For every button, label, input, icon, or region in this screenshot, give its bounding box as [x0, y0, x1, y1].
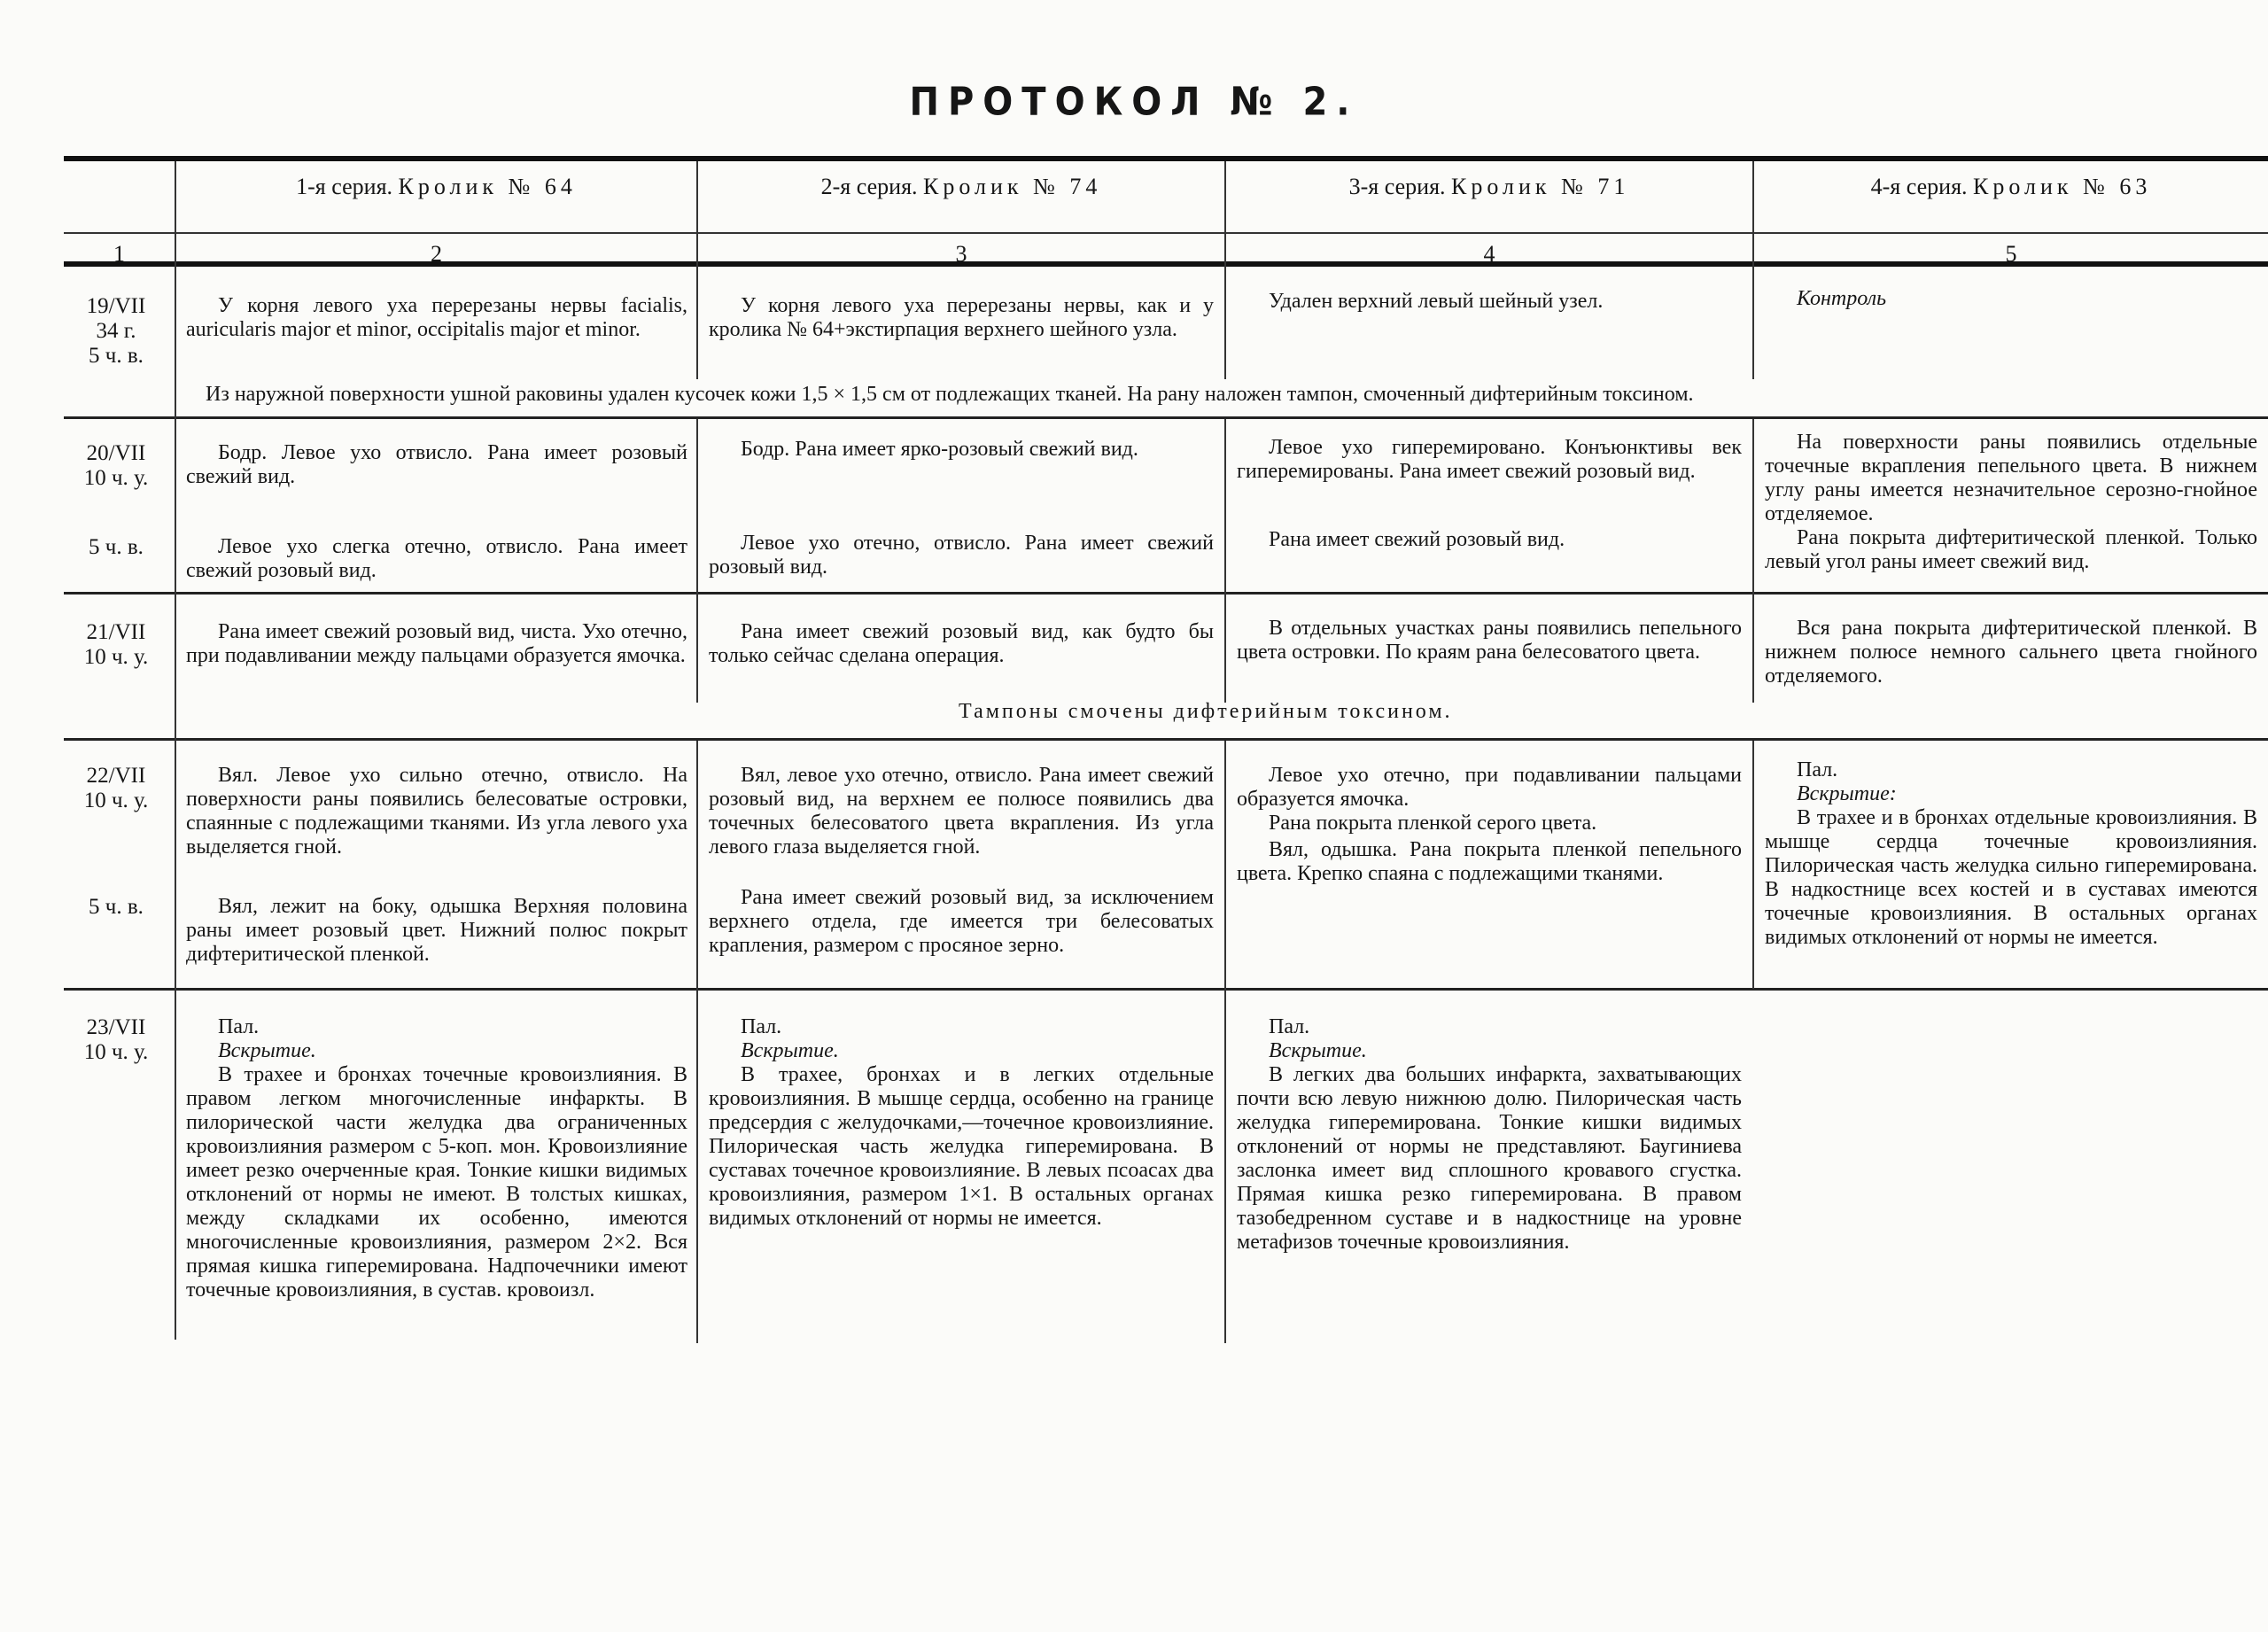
series-label: 1-я серия.: [296, 174, 392, 199]
autopsy-heading: Вскрытие.: [709, 1039, 1214, 1063]
cell-text: Удален верхний левый шейный узел.: [1237, 290, 1742, 314]
cell-text: Вял, одышка. Рана покрыта пленкой пепель…: [1237, 838, 1742, 886]
series-label: 3-я серия.: [1349, 174, 1446, 199]
table-cell: Рана имеет свежий розовый вид.: [1237, 528, 1742, 552]
series-label: 4-я серия.: [1871, 174, 1968, 199]
series-label: 2-я серия.: [821, 174, 918, 199]
table-cell: Левое ухо гиперемировано. Конъюнктивы ве…: [1237, 436, 1742, 484]
date-line: 5 ч. в.: [58, 344, 174, 369]
spanning-note: Из наружной поверхности ушной раковины у…: [206, 383, 1694, 407]
table-cell: Вял, левое ухо отечно, отвисло. Рана име…: [709, 764, 1214, 859]
death-note: Пал.: [1765, 758, 2257, 782]
column-number: 4: [1226, 241, 1752, 268]
table-cell: У корня левого уха перерезаны нервы, как…: [709, 294, 1214, 342]
cell-text: Рана покрыта дифтеритической пленкой. То…: [1765, 526, 2257, 574]
spanning-note: Тампоны смочены дифтерийным токсином.: [959, 700, 1453, 724]
table-cell: Пал. Вскрытие. В трахее, бронхах и в лег…: [709, 1015, 1214, 1231]
cell-text: Рана имеет свежий розовый вид, чиста. Ух…: [186, 620, 687, 668]
table-cell: Рана имеет свежий розовый вид, чиста. Ух…: [186, 620, 687, 668]
date-line: 21/VII: [58, 620, 174, 645]
date-line: 10 ч. у.: [58, 789, 174, 813]
animal-label: Кролик № 74: [923, 174, 1101, 199]
animal-label: Кролик № 63: [1973, 174, 2151, 199]
cell-text: У корня левого уха перерезаны нервы faci…: [186, 294, 687, 342]
col-divider-4c: [1752, 741, 1754, 989]
col-divider-3b: [1224, 419, 1226, 703]
cell-text: Бодр. Левое ухо отвисло. Рана имеет розо…: [186, 441, 687, 489]
cell-text: В трахее, бронхах и в легких отдельные к…: [709, 1063, 1214, 1231]
cell-text: Бодр. Рана имеет ярко-розовый свежий вид…: [709, 438, 1214, 462]
table-cell: У корня левого уха перерезаны нервы faci…: [186, 294, 687, 342]
cell-text: В отдельных участках раны появились пепе…: [1237, 617, 1742, 664]
death-note: Пал.: [1237, 1015, 1742, 1039]
autopsy-heading: Вскрытие.: [1237, 1039, 1742, 1063]
table-cell: Пал. Вскрытие. В трахее и бронхах точечн…: [186, 1015, 687, 1302]
col-divider-2b: [696, 419, 698, 703]
row-time-evening: 5 ч. в.: [58, 895, 174, 920]
date-line: 22/VII: [58, 764, 174, 789]
cell-text: На поверхности раны появились отдельные …: [1765, 431, 2257, 526]
table-cell: Бодр. Рана имеет ярко-розовый свежий вид…: [709, 438, 1214, 462]
cell-text: В трахее и в бронхах отдельные кровоизли…: [1765, 806, 2257, 950]
column-number: 5: [1754, 241, 2268, 268]
table-cell: Вял, лежит на боку, одышка Верхняя полов…: [186, 895, 687, 967]
table-cell: Бодр. Левое ухо отвисло. Рана имеет розо…: [186, 441, 687, 489]
table-cell: Рана имеет свежий розовый вид, как будто…: [709, 620, 1214, 668]
table-cell: Удален верхний левый шейный узел.: [1237, 290, 1742, 314]
table-cell: Вял, одышка. Рана покрыта пленкой пепель…: [1237, 838, 1742, 886]
column-number: 3: [698, 241, 1224, 268]
table-cell: Пал. Вскрытие: В трахее и в бронхах отде…: [1765, 758, 2257, 950]
table-cell: На поверхности раны появились отдельные …: [1765, 431, 2257, 574]
col-divider-4b: [1752, 419, 1754, 703]
control-label: Контроль: [1765, 287, 2257, 311]
header-col4: 3-я серия. Кролик № 71: [1226, 174, 1752, 200]
date-line: 10 ч. у.: [58, 1040, 174, 1065]
cell-text: Левое ухо гиперемировано. Конъюнктивы ве…: [1237, 436, 1742, 484]
col-divider-2c: [696, 741, 698, 1343]
header-col3: 2-я серия. Кролик № 74: [698, 174, 1224, 200]
table-cell: Рана имеет свежий розовый вид, за исключ…: [709, 886, 1214, 958]
cell-text: Вял. Левое ухо сильно отечно, отвисло. Н…: [186, 764, 687, 859]
row-divider-4: [64, 988, 2268, 991]
header-col2: 1-я серия. Кролик № 64: [176, 174, 696, 200]
table-cell: Левое ухо отечно, отвисло. Рана имеет св…: [709, 532, 1214, 579]
column-number: 1: [64, 241, 175, 268]
date-line: 23/VII: [58, 1015, 174, 1040]
table-cell: В отдельных участках раны появились пепе…: [1237, 617, 1742, 664]
cell-text: В трахее и бронхах точечные кровоизлияни…: [186, 1063, 687, 1302]
cell-text: Вял, левое ухо отечно, отвисло. Рана име…: [709, 764, 1214, 859]
row-date: 21/VII 10 ч. у.: [58, 620, 174, 670]
cell-text: Рана покрыта пленкой серого цвета.: [1237, 812, 1742, 835]
cell-text: Вся рана покрыта дифтеритической пленкой…: [1765, 617, 2257, 688]
cell-text: У корня левого уха перерезаны нервы, как…: [709, 294, 1214, 342]
page-title: ПРОТОКОЛ № 2.: [0, 80, 2268, 125]
table-cell: Вся рана покрыта дифтеритической пленкой…: [1765, 617, 2257, 688]
animal-label: Кролик № 71: [1451, 174, 1629, 199]
cell-text: Вял, лежит на боку, одышка Верхняя полов…: [186, 895, 687, 967]
cell-text: Левое ухо отечно, при подавливании пальц…: [1237, 764, 1742, 812]
row-date: 20/VII 10 ч. у.: [58, 441, 174, 491]
date-line: 19/VII: [58, 294, 174, 319]
cell-text: В легких два больших инфаркта, захватыва…: [1237, 1063, 1742, 1255]
cell-text: Левое ухо отечно, отвисло. Рана имеет св…: [709, 532, 1214, 579]
row-divider-3: [64, 738, 2268, 741]
cell-text: Рана имеет свежий розовый вид.: [1237, 528, 1742, 552]
col-divider-1: [175, 161, 176, 1340]
cell-text: Рана имеет свежий розовый вид, как будто…: [709, 620, 1214, 668]
date-line: 10 ч. у.: [58, 466, 174, 491]
table-cell: Пал. Вскрытие. В легких два больших инфа…: [1237, 1015, 1742, 1255]
date-line: 34 г.: [58, 319, 174, 344]
row-divider-1: [64, 416, 2268, 419]
table-cell: Левое ухо отечно, при подавливании пальц…: [1237, 764, 1742, 835]
col-divider-3c: [1224, 741, 1226, 1343]
cell-text: Рана имеет свежий розовый вид, за исключ…: [709, 886, 1214, 958]
row-date: 23/VII 10 ч. у.: [58, 1015, 174, 1065]
death-note: Пал.: [709, 1015, 1214, 1039]
autopsy-heading: Вскрытие:: [1765, 782, 2257, 806]
table-cell: Левое ухо слегка отечно, отвисло. Рана и…: [186, 535, 687, 583]
table-top-rule: [64, 156, 2268, 161]
table-cell: Вял. Левое ухо сильно отечно, отвисло. Н…: [186, 764, 687, 859]
row-time-evening: 5 ч. в.: [58, 535, 174, 560]
row-date: 19/VII 34 г. 5 ч. в.: [58, 294, 174, 369]
cell-text: Левое ухо слегка отечно, отвисло. Рана и…: [186, 535, 687, 583]
date-line: 20/VII: [58, 441, 174, 466]
animal-label: Кролик № 64: [399, 174, 577, 199]
row-divider-2: [64, 592, 2268, 595]
column-number: 2: [176, 241, 696, 268]
autopsy-heading: Вскрытие.: [186, 1039, 687, 1063]
row-date: 22/VII 10 ч. у.: [58, 764, 174, 813]
header-rule: [64, 232, 2268, 234]
date-line: 10 ч. у.: [58, 645, 174, 670]
header-col5: 4-я серия. Кролик № 63: [1754, 174, 2268, 200]
death-note: Пал.: [186, 1015, 687, 1039]
table-cell: Контроль: [1765, 287, 2257, 311]
